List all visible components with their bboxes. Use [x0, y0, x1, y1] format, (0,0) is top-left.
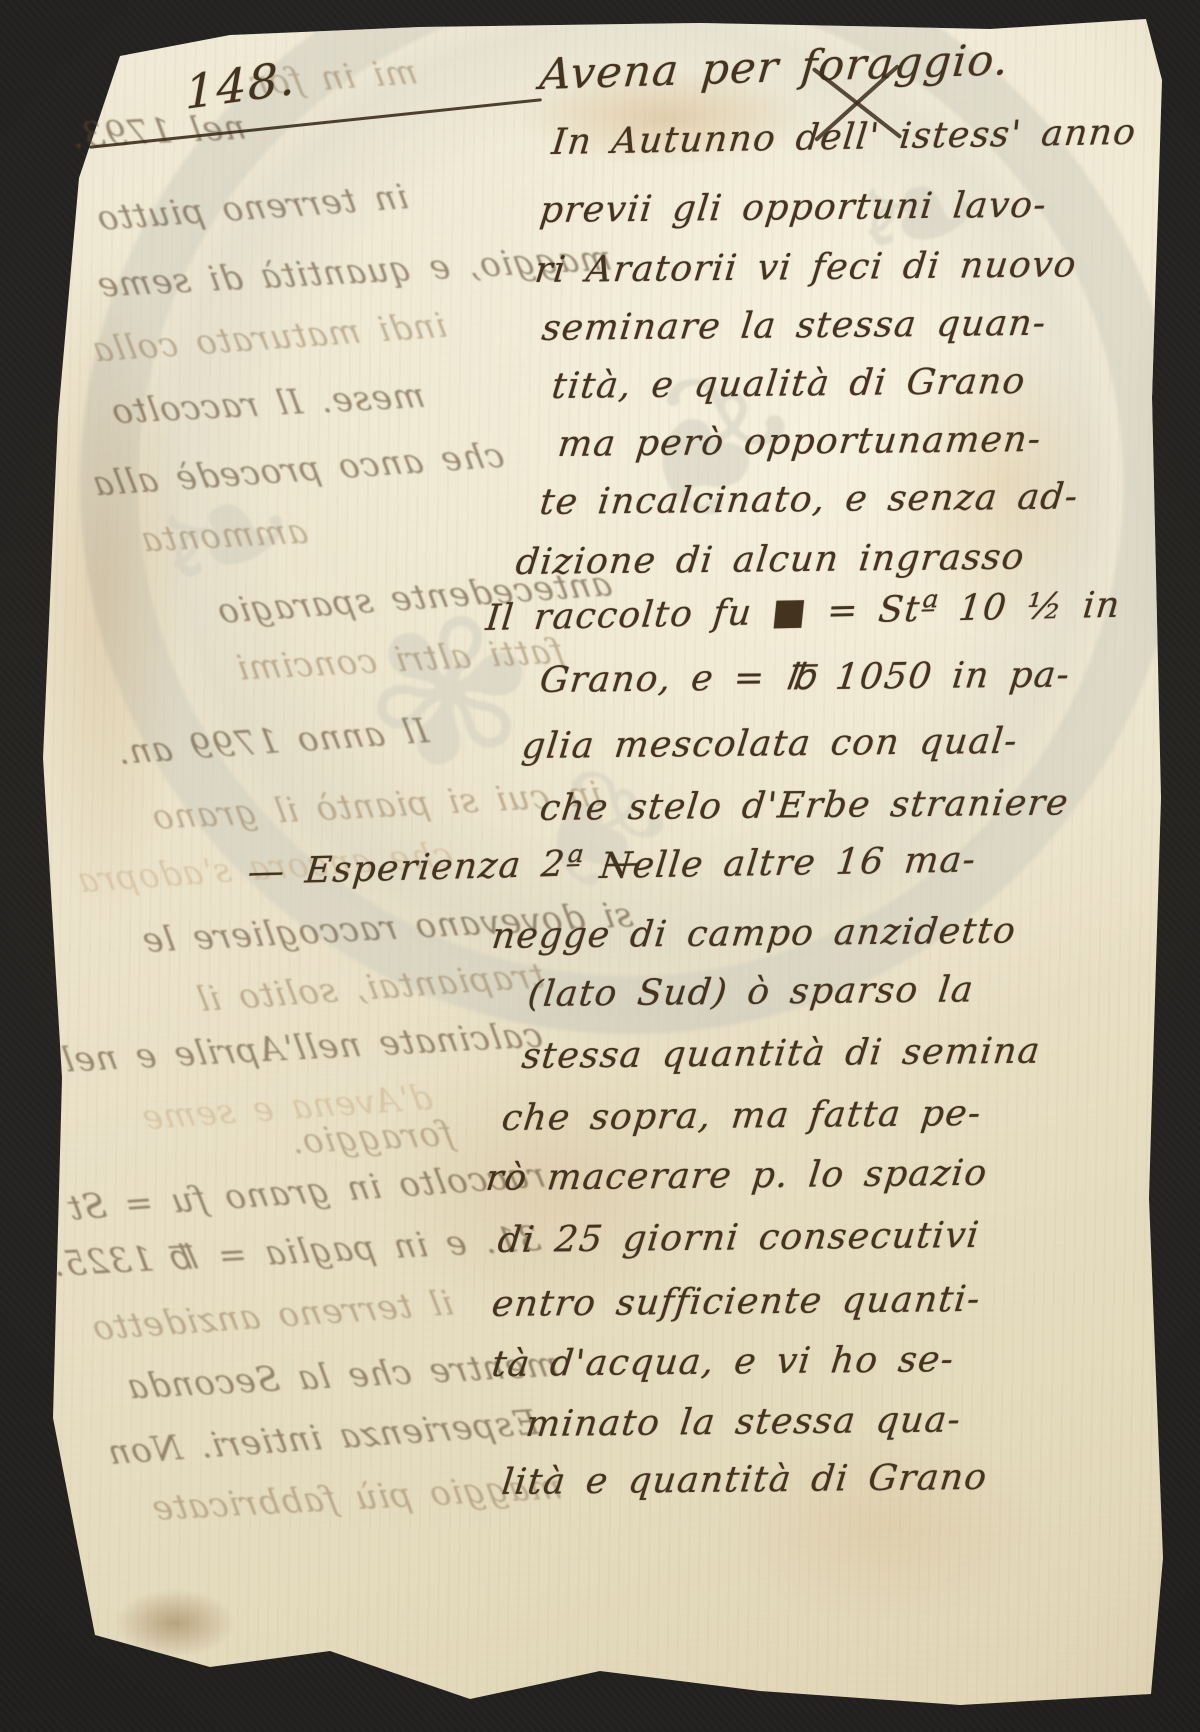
manuscript-line: glia mescolata con qual-: [520, 721, 1020, 767]
manuscript-line: te incalcinato, e senza ad-: [538, 476, 1081, 523]
manuscript-line: rò macerare p. lo spazio: [484, 1153, 990, 1199]
manuscript-line: tà d'acqua, e vi ho se-: [490, 1339, 957, 1385]
manuscript-line: minato la stessa qua-: [524, 1399, 964, 1445]
bleedthrough-line: foraggio.: [287, 1114, 456, 1163]
manuscript-line: negge di campo anzidetto: [490, 911, 1019, 957]
manuscript-line: previi gli opportuni lavo-: [538, 185, 1050, 231]
manuscript-line: (lato Sud) ò sparso la: [526, 969, 977, 1015]
manuscript-line: ri Aratorii vi feci di nuovo: [533, 244, 1079, 291]
manuscript-line: che stelo d'Erbe straniere: [538, 782, 1071, 829]
manuscript-line: Grano, e = ℔ 1050 in pa-: [538, 654, 1073, 701]
manuscript-line: dizione di alcun ingrasso: [514, 537, 1027, 583]
manuscript-line: entro sufficiente quanti-: [490, 1279, 983, 1325]
manuscript-line: stessa quantità di semina: [520, 1031, 1043, 1077]
manuscript-line: lità e quantità di Grano: [500, 1457, 990, 1503]
manuscript-line: ma però opportunamen-: [556, 419, 1044, 465]
manuscript-line: Nelle altre 16 ma-: [598, 839, 978, 887]
manuscript-line: seminare la stessa quan-: [540, 303, 1049, 349]
manuscript-line: che sopra, ma fatta pe-: [500, 1093, 984, 1139]
scanned-manuscript-photo: ❧ ✾ ❦ ❧ ❦ mi in for nel 1793. in terreno…: [0, 0, 1200, 1732]
manuscript-line: tità, e qualità di Grano: [550, 361, 1028, 407]
manuscript-line: di 25 giorni consecutivi: [496, 1215, 982, 1261]
